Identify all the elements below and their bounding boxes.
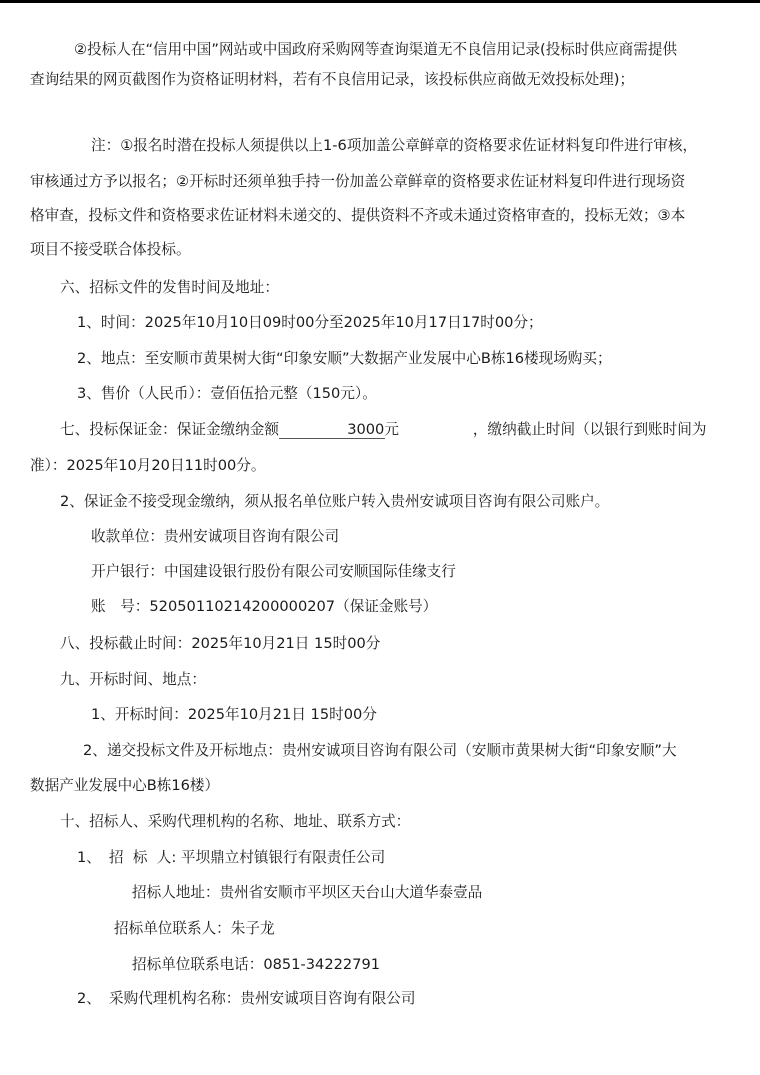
section-6-item-time: 1、时间：2025年10月10日09时00分至2025年10月17日17时00分… (77, 313, 543, 333)
section-7-heading-suffix: ，缴纳截止时间（以银行到账时间为 (473, 421, 707, 438)
credit-clause-line-2: 查询结果的网页截图作为资格证明材料，若有不良信用记录，该投标供应商做无效投标处理… (30, 70, 634, 90)
tenderer-name: 招 标 人: 平坝鼎立村镇银行有限责任公司 (109, 849, 385, 866)
account-number: 52050110214200000207 (149, 598, 335, 615)
section-9-item-2-line-2: 数据产业发展中心B栋16楼） (30, 776, 219, 796)
tenderer-number: 1、 (77, 848, 109, 868)
section-7-item-2: 2、保证金不接受现金缴纳，须从报名单位账户转入贵州安诚项目咨询有限公司账户。 (60, 492, 609, 512)
credit-clause-line-1: ②投标人在“信用中国”网站或中国政府采购网等查询渠道无不良信用记录(投标时供应商… (74, 40, 677, 60)
account-note: （保证金账号） (335, 598, 437, 615)
account-row: 账 号：52050110214200000207（保证金账号） (91, 597, 437, 617)
note-line-3: 格审查，投标文件和资格要求佐证材料未递交的、提供资料不齐或未通过资格审查的，投标… (30, 206, 685, 226)
section-8-heading: 八、投标截止时间：2025年10月21日 15时00分 (60, 634, 380, 654)
tenderer-address: 招标人地址：贵州省安顺市平坝区天台山大道华泰壹品 (132, 883, 482, 903)
note-line-1: 注：①报名时潜在投标人须提供以上1-6项加盖公章鲜章的资格要求佐证材料复印件进行… (91, 136, 697, 156)
account-label: 账 号： (91, 598, 149, 615)
section-7-heading: 七、投标保证金：保证金缴纳金额3000元，缴纳截止时间（以银行到账时间为 (60, 420, 706, 440)
section-9-heading: 九、开标时间、地点： (60, 670, 206, 690)
note-line-4: 项目不接受联合体投标。 (30, 240, 191, 260)
agency-name: 采购代理机构名称：贵州安诚项目咨询有限公司 (109, 990, 415, 1007)
deposit-amount-field: 3000元 (279, 421, 385, 439)
section-10-heading: 十、招标人、采购代理机构的名称、地址、联系方式： (60, 812, 410, 832)
tenderer-contact: 招标单位联系人：朱子龙 (114, 919, 275, 939)
deposit-amount: 3000元 (347, 421, 399, 438)
tenderer-row: 1、招 标 人: 平坝鼎立村镇银行有限责任公司 (77, 848, 385, 868)
section-6-heading: 六、招标文件的发售时间及地址： (60, 278, 279, 298)
section-9-item-2-line-1: 2、递交投标文件及开标地点：贵州安诚项目咨询有限公司（安顺市黄果树大街“印象安顺… (83, 741, 677, 761)
tenderer-phone: 招标单位联系电话：0851-34222791 (132, 955, 380, 975)
section-7-deadline: 准）：2025年10月20日11时00分。 (30, 456, 265, 476)
section-9-item-1: 1、开标时间：2025年10月21日 15时00分 (91, 705, 377, 725)
document-page: ②投标人在“信用中国”网站或中国政府采购网等查询渠道无不良信用记录(投标时供应商… (0, 0, 760, 1075)
section-6-item-price: 3、售价（人民币）：壹佰伍拾元整（150元）。 (77, 384, 377, 404)
agency-row: 2、采购代理机构名称：贵州安诚项目咨询有限公司 (77, 989, 415, 1009)
section-7-heading-prefix: 七、投标保证金：保证金缴纳金额 (60, 421, 279, 438)
section-6-item-location: 2、地点：至安顺市黄果树大街“印象安顺”大数据产业发展中心B栋16楼现场购买； (77, 349, 612, 369)
bank-name: 开户银行：中国建设银行股份有限公司安顺国际佳缘支行 (91, 562, 456, 582)
agency-number: 2、 (77, 989, 109, 1009)
note-line-2: 审核通过方予以报名；②开标时还须单独手持一份加盖公章鲜章的资格要求佐证材料复印件… (30, 172, 685, 192)
payee-name: 收款单位：贵州安诚项目咨询有限公司 (91, 527, 339, 547)
